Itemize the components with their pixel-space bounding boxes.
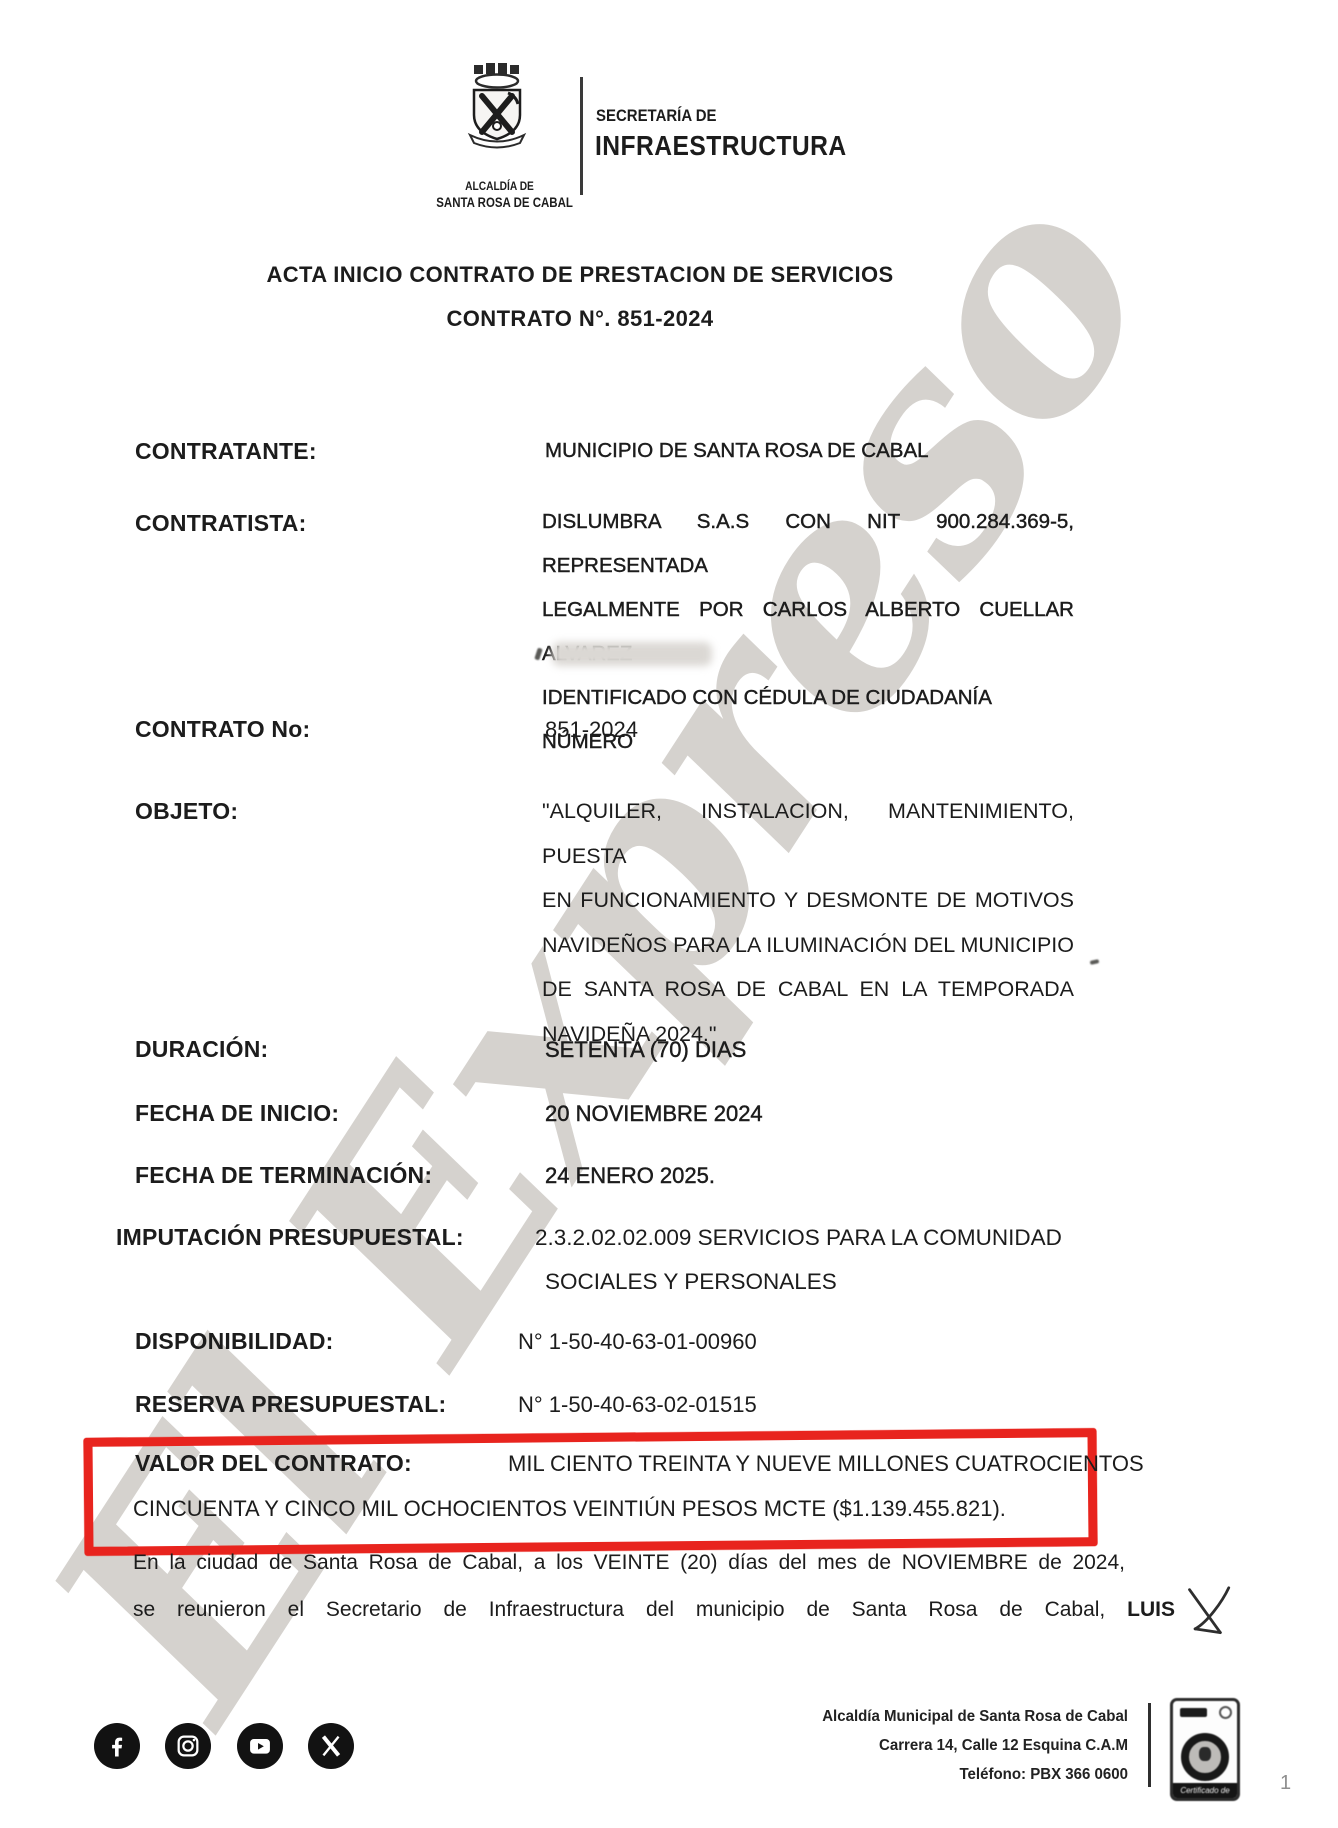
certification-badge: Certificado de — [1170, 1698, 1240, 1801]
field-disponibilidad-label: DISPONIBILIDAD: — [135, 1328, 334, 1355]
objeto-line1: "ALQUILER, INSTALACION, MANTENIMIENTO, P… — [542, 789, 1074, 878]
handwritten-x-mark — [1183, 1584, 1239, 1642]
field-imputacion-label: IMPUTACIÓN PRESUPUESTAL: — [116, 1224, 464, 1251]
field-fecha-inicio-label: FECHA DE INICIO: — [135, 1100, 339, 1127]
objeto-line3: NAVIDEÑOS PARA LA ILUMINACIÓN DEL MUNICI… — [542, 923, 1074, 968]
closing-paragraph-line2-text: se reunieron el Secretario de Infraestru… — [133, 1598, 1105, 1621]
scan-speck — [1090, 959, 1100, 965]
field-valor-label: VALOR DEL CONTRATO: — [135, 1450, 412, 1477]
field-valor-value-line2: CINCUENTA Y CINCO MIL OCHOCIENTOS VEINTI… — [133, 1496, 1006, 1522]
badge-core — [1199, 1747, 1211, 1761]
field-contrato-no-value: 851-2024 — [545, 717, 638, 743]
document-title-line1: ACTA INICIO CONTRATO DE PRESTACION DE SE… — [0, 262, 1160, 288]
footer-address: Alcaldía Municipal de Santa Rosa de Caba… — [711, 1702, 1128, 1789]
footer-address-line3: Teléfono: PBX 366 0600 — [711, 1760, 1128, 1789]
facebook-icon — [94, 1723, 140, 1769]
field-duracion-label: DURACIÓN: — [135, 1036, 268, 1063]
badge-dot — [1219, 1706, 1232, 1719]
closing-paragraph-line2: se reunieron el Secretario de Infraestru… — [133, 1598, 1175, 1622]
x-twitter-icon — [308, 1723, 354, 1769]
logo-caption-line2: SANTA ROSA DE CABAL — [436, 195, 564, 210]
contract-value-highlight-box — [83, 1428, 1097, 1556]
field-contrato-no-label: CONTRATO No: — [135, 716, 310, 743]
footer-divider — [1148, 1703, 1151, 1787]
field-fecha-terminacion-value: 24 ENERO 2025. — [545, 1163, 715, 1189]
badge-bar — [1180, 1708, 1207, 1717]
field-contratante-value: MUNICIPIO DE SANTA ROSA DE CABAL — [545, 439, 929, 463]
badge-caption: Certificado de — [1173, 1783, 1237, 1798]
field-imputacion-value-line1: 2.3.2.02.02.009 SERVICIOS PARA LA COMUNI… — [535, 1225, 1062, 1251]
field-duracion-value: SETENTA (70) DIAS — [545, 1037, 746, 1063]
field-imputacion-value-line2: SOCIALES Y PERSONALES — [545, 1269, 837, 1295]
field-contratante-label: CONTRATANTE: — [135, 438, 317, 465]
field-valor-value-line1: MIL CIENTO TREINTA Y NUEVE MILLONES CUAT… — [508, 1451, 1144, 1477]
youtube-icon — [237, 1723, 283, 1769]
coat-of-arms-logo — [462, 62, 532, 164]
logo-caption-line1: ALCALDÍA DE — [442, 179, 557, 193]
objeto-line4: DE SANTA ROSA DE CABAL EN LA TEMPORADA — [542, 967, 1074, 1012]
header-divider — [580, 77, 583, 195]
scanned-contract-document: El Expreso ALCA — [0, 0, 1338, 1828]
closing-paragraph-line2-name: LUIS — [1127, 1598, 1175, 1621]
redacted-id-number — [552, 642, 712, 666]
contratista-line1: DISLUMBRA S.A.S CON NIT 900.284.369-5, R… — [542, 500, 1074, 588]
field-reserva-label: RESERVA PRESUPUESTAL: — [135, 1391, 446, 1418]
field-fecha-inicio-value: 20 NOVIEMBRE 2024 — [545, 1101, 763, 1127]
department-name-line1: SECRETARÍA DE — [596, 106, 717, 126]
footer-address-line2: Carrera 14, Calle 12 Esquina C.A.M — [711, 1731, 1128, 1760]
field-objeto-label: OBJETO: — [135, 798, 238, 825]
instagram-icon — [165, 1723, 211, 1769]
objeto-line2: EN FUNCIONAMIENTO Y DESMONTE DE MOTIVOS — [542, 878, 1074, 923]
field-fecha-terminacion-label: FECHA DE TERMINACIÓN: — [135, 1162, 432, 1189]
department-name-line2: INFRAESTRUCTURA — [595, 130, 847, 162]
field-reserva-value: N° 1-50-40-63-02-01515 — [518, 1392, 757, 1418]
field-objeto-value: "ALQUILER, INSTALACION, MANTENIMIENTO, P… — [542, 789, 1074, 1056]
closing-paragraph-line1: En la ciudad de Santa Rosa de Cabal, a l… — [133, 1551, 1125, 1575]
field-contratista-label: CONTRATISTA: — [135, 510, 306, 537]
document-title-line2: CONTRATO N°. 851-2024 — [0, 306, 1160, 332]
page-number: 1 — [1280, 1772, 1291, 1795]
footer-address-line1: Alcaldía Municipal de Santa Rosa de Caba… — [711, 1702, 1128, 1731]
field-disponibilidad-value: N° 1-50-40-63-01-00960 — [518, 1329, 757, 1355]
coat-of-arms-icon — [462, 62, 532, 162]
